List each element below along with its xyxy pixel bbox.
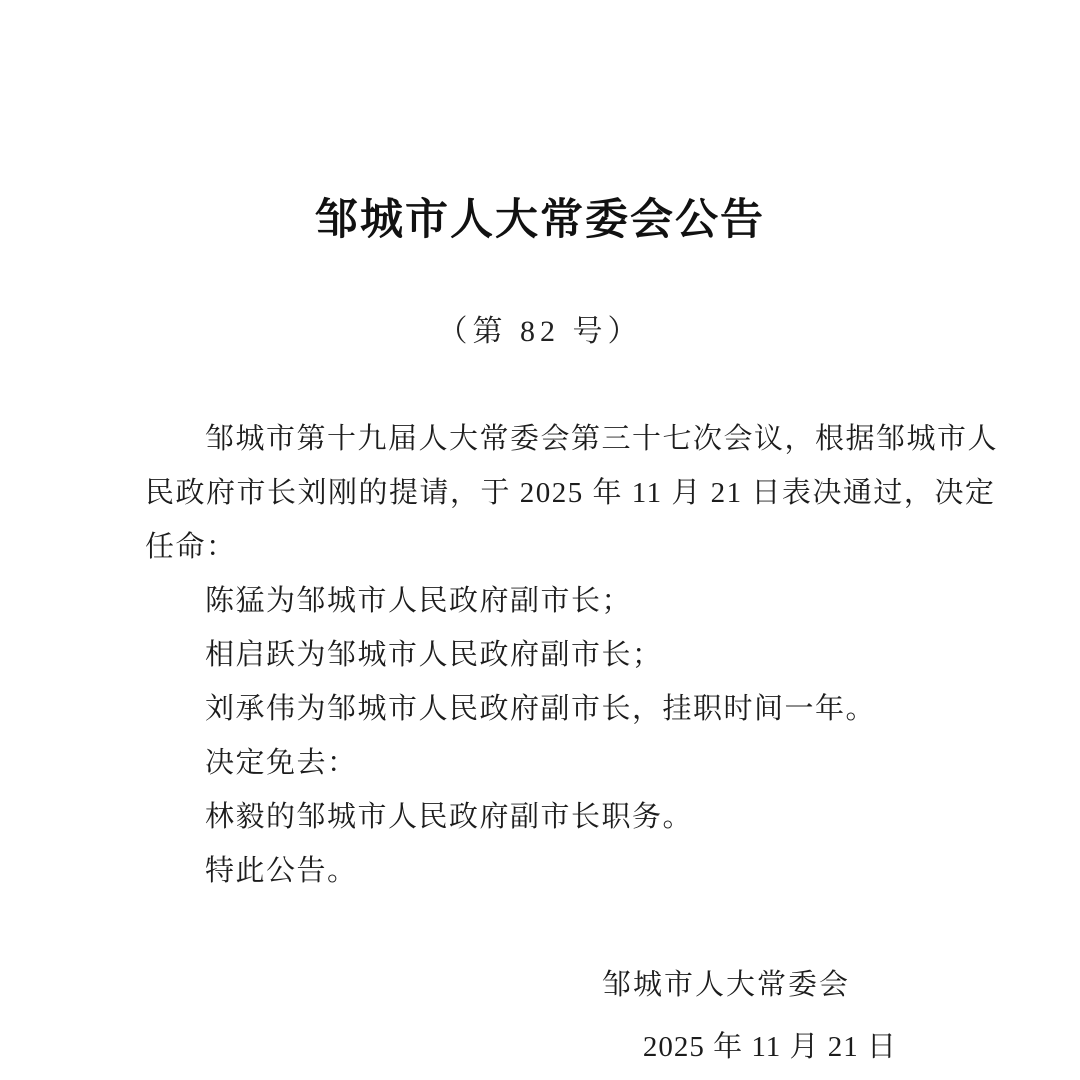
body-line: 邹城市第十九届人大常委会第三十七次会议，根据邹城市人	[145, 412, 945, 466]
body-line: 特此公告。	[145, 844, 945, 898]
issuer-signature: 邹城市人大常委会	[602, 962, 850, 1003]
document-number: （第 82 号）	[0, 306, 1080, 350]
body-line: 陈猛为邹城市人民政府副市长；	[145, 574, 945, 628]
body-line: 相启跃为邹城市人民政府副市长；	[145, 628, 945, 682]
body-line: 任命：	[145, 520, 945, 574]
page-title: 邹城市人大常委会公告	[0, 186, 1080, 247]
announcement-document: 邹城市人大常委会公告 （第 82 号） 邹城市第十九届人大常委会第三十七次会议，…	[0, 0, 1080, 1080]
body-line: 民政府市长刘刚的提请，于 2025 年 11 月 21 日表决通过，决定	[145, 466, 945, 520]
body-line: 刘承伟为邹城市人民政府副市长，挂职时间一年。	[145, 682, 945, 736]
body-line: 林毅的邹城市人民政府副市长职务。	[145, 790, 945, 844]
body-line: 决定免去：	[145, 736, 945, 790]
document-body: 邹城市第十九届人大常委会第三十七次会议，根据邹城市人 民政府市长刘刚的提请，于 …	[145, 412, 945, 898]
issue-date: 2025 年 11 月 21 日	[643, 1024, 897, 1065]
